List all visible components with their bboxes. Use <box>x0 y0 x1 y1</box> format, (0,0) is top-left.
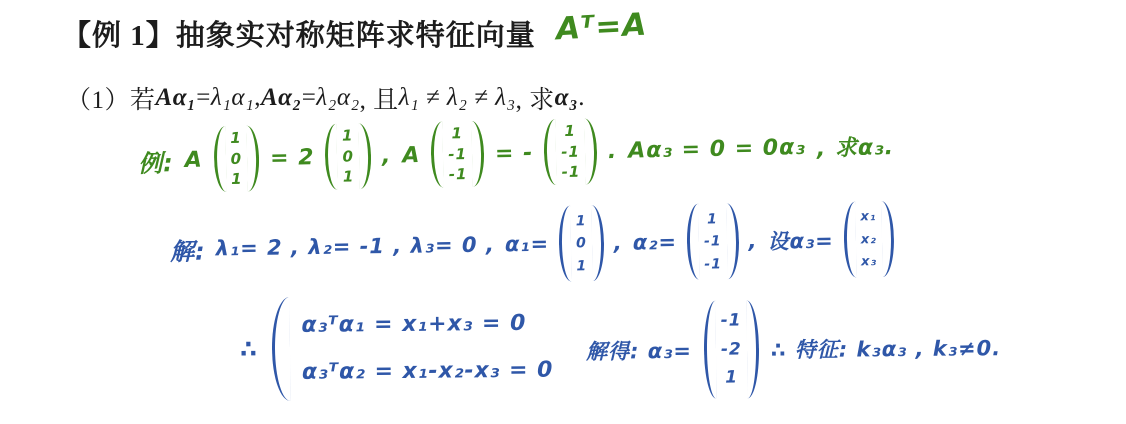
left-paren <box>544 119 557 185</box>
column-vector: 1 0 1 <box>559 205 605 282</box>
left-paren <box>687 204 700 280</box>
vector-entry: 1 <box>576 259 587 273</box>
vector-entry: 1 <box>576 214 587 228</box>
vector-entry: -2 <box>721 341 742 358</box>
problem-text: , <box>254 84 261 112</box>
equation-system: ∴ α₃ᵀα₁ = x₁+x₃ = 0 α₃ᵀα₂ = x₁-x₂-x₃ = 0 <box>240 295 554 402</box>
vector-entry: 1 <box>342 129 354 144</box>
final-answer: 解得: α₃= -1 -2 1 ∴ 特征: k₃α₃ , k₃≠0. <box>586 298 1002 400</box>
vector-entry: x₁ <box>860 210 876 223</box>
blue-solution-line: 解: λ₁= 2 , λ₂= -1 , λ₃= 0 , α₁= 1 0 1 , … <box>170 201 895 287</box>
vector-entry: -1 <box>721 312 742 329</box>
problem-math: α₃ <box>555 84 579 112</box>
left-paren <box>325 124 338 190</box>
let-alpha3: 设α₃= <box>767 225 834 256</box>
problem-text: . <box>578 84 585 112</box>
left-paren <box>559 205 572 281</box>
column-vector: 1 -1 -1 <box>431 121 485 188</box>
find-alpha3: , 求α₃. <box>817 130 895 163</box>
left-paren <box>843 201 856 277</box>
vector-entry: -1 <box>561 164 580 179</box>
problem-math: λ₁ ≠ λ₂ ≠ λ₃ <box>399 84 516 112</box>
orthogonality-equation-1: α₃ᵀα₁ = x₁+x₃ = 0 <box>301 311 553 338</box>
right-paren <box>584 118 597 184</box>
vector-entry: 1 <box>707 212 718 226</box>
solve-label: 解: <box>170 231 206 266</box>
lecture-slide: 【例 1】抽象实对称矩阵求特征向量 Aᵀ=A （1）若 Aα₁ = λ₁α₁ ,… <box>0 0 1126 424</box>
right-paren <box>726 203 739 279</box>
right-paren <box>746 300 759 398</box>
problem-text: = <box>302 84 317 112</box>
right-paren <box>881 201 894 277</box>
vector-entry: 1 <box>230 131 242 146</box>
vector-entry: 0 <box>231 151 243 166</box>
vector-entry: 0 <box>576 236 587 250</box>
left-paren <box>431 122 444 188</box>
vector-entry: 1 <box>343 169 355 184</box>
equals-coefficient: = 2 <box>270 145 315 171</box>
right-paren <box>246 125 259 191</box>
column-vector: 1 0 1 <box>325 123 372 190</box>
example-title: 【例 1】抽象实对称矩阵求特征向量 <box>62 13 536 54</box>
alpha2-equals: α₂= <box>633 230 678 255</box>
vector-entry: -1 <box>704 234 722 248</box>
column-vector: 1 -1 -1 <box>544 118 598 185</box>
orthogonality-equation-2: α₃ᵀα₂ = x₁-x₂-x₃ = 0 <box>302 358 554 385</box>
problem-text: , 求 <box>516 80 555 116</box>
vector-entry: x₃ <box>861 255 877 268</box>
problem-math: λ₂α₂ <box>316 84 359 112</box>
problem-math: λ₁α₁ <box>211 84 254 112</box>
separator: , <box>748 229 757 253</box>
problem-text: , 且 <box>360 80 399 116</box>
vector-entry: 1 <box>231 171 243 186</box>
example-label: 例: <box>138 143 174 179</box>
vector-entry: 0 <box>342 149 354 164</box>
vector-entry: -1 <box>561 144 580 159</box>
vector-entry: -1 <box>704 257 722 271</box>
eigenvector-conclusion: ∴ 特征: k₃α₃ , k₃≠0. <box>771 332 1002 364</box>
problem-statement: （1）若 Aα₁ = λ₁α₁ , Aα₂ = λ₂α₂ , 且 λ₁ ≠ λ₂… <box>66 80 585 116</box>
vector-entry: -1 <box>448 147 467 162</box>
alpha3-equation: Aα₃ = 0 = 0α₃ <box>628 134 806 163</box>
vector-entry: -1 <box>449 167 468 182</box>
vector-entry: 1 <box>564 124 576 139</box>
vector-entry: x₂ <box>861 233 877 246</box>
matrix-A: A <box>184 147 203 172</box>
column-vector: 1 0 1 <box>213 125 260 192</box>
green-example-line: 例: A 1 0 1 = 2 1 0 1 , A 1 <box>137 112 894 194</box>
alpha1-equals: α₁= <box>505 232 550 257</box>
system-brace <box>271 297 290 401</box>
problem-text: （1）若 <box>66 80 156 116</box>
left-paren <box>704 301 717 399</box>
right-paren <box>471 121 484 187</box>
equals-coefficient: = - <box>495 140 534 166</box>
vector-entry: 1 <box>725 370 738 387</box>
problem-math: Aα₂ <box>261 84 302 112</box>
separator: , <box>614 231 623 255</box>
right-paren <box>591 205 604 281</box>
left-paren <box>213 126 226 192</box>
matrix-A: A <box>402 143 421 168</box>
symmetric-matrix-annotation: Aᵀ=A <box>555 7 648 48</box>
column-vector: 1 -1 -1 <box>687 203 740 280</box>
solved-label: 解得: α₃= <box>586 335 692 366</box>
lambda-values: λ₁= 2 , λ₂= -1 , λ₃= 0 , <box>215 233 495 261</box>
therefore-symbol: ∴ <box>240 335 258 363</box>
title-row: 【例 1】抽象实对称矩阵求特征向量 Aᵀ=A <box>62 13 647 54</box>
column-vector-result: -1 -2 1 <box>704 300 760 398</box>
column-vector-unknowns: x₁ x₂ x₃ <box>843 201 894 278</box>
problem-text: = <box>196 84 211 112</box>
vector-entry: 1 <box>451 126 463 141</box>
right-paren <box>358 123 371 189</box>
separator: , <box>382 143 392 168</box>
separator: . <box>608 138 618 163</box>
problem-math: Aα₁ <box>156 84 197 112</box>
